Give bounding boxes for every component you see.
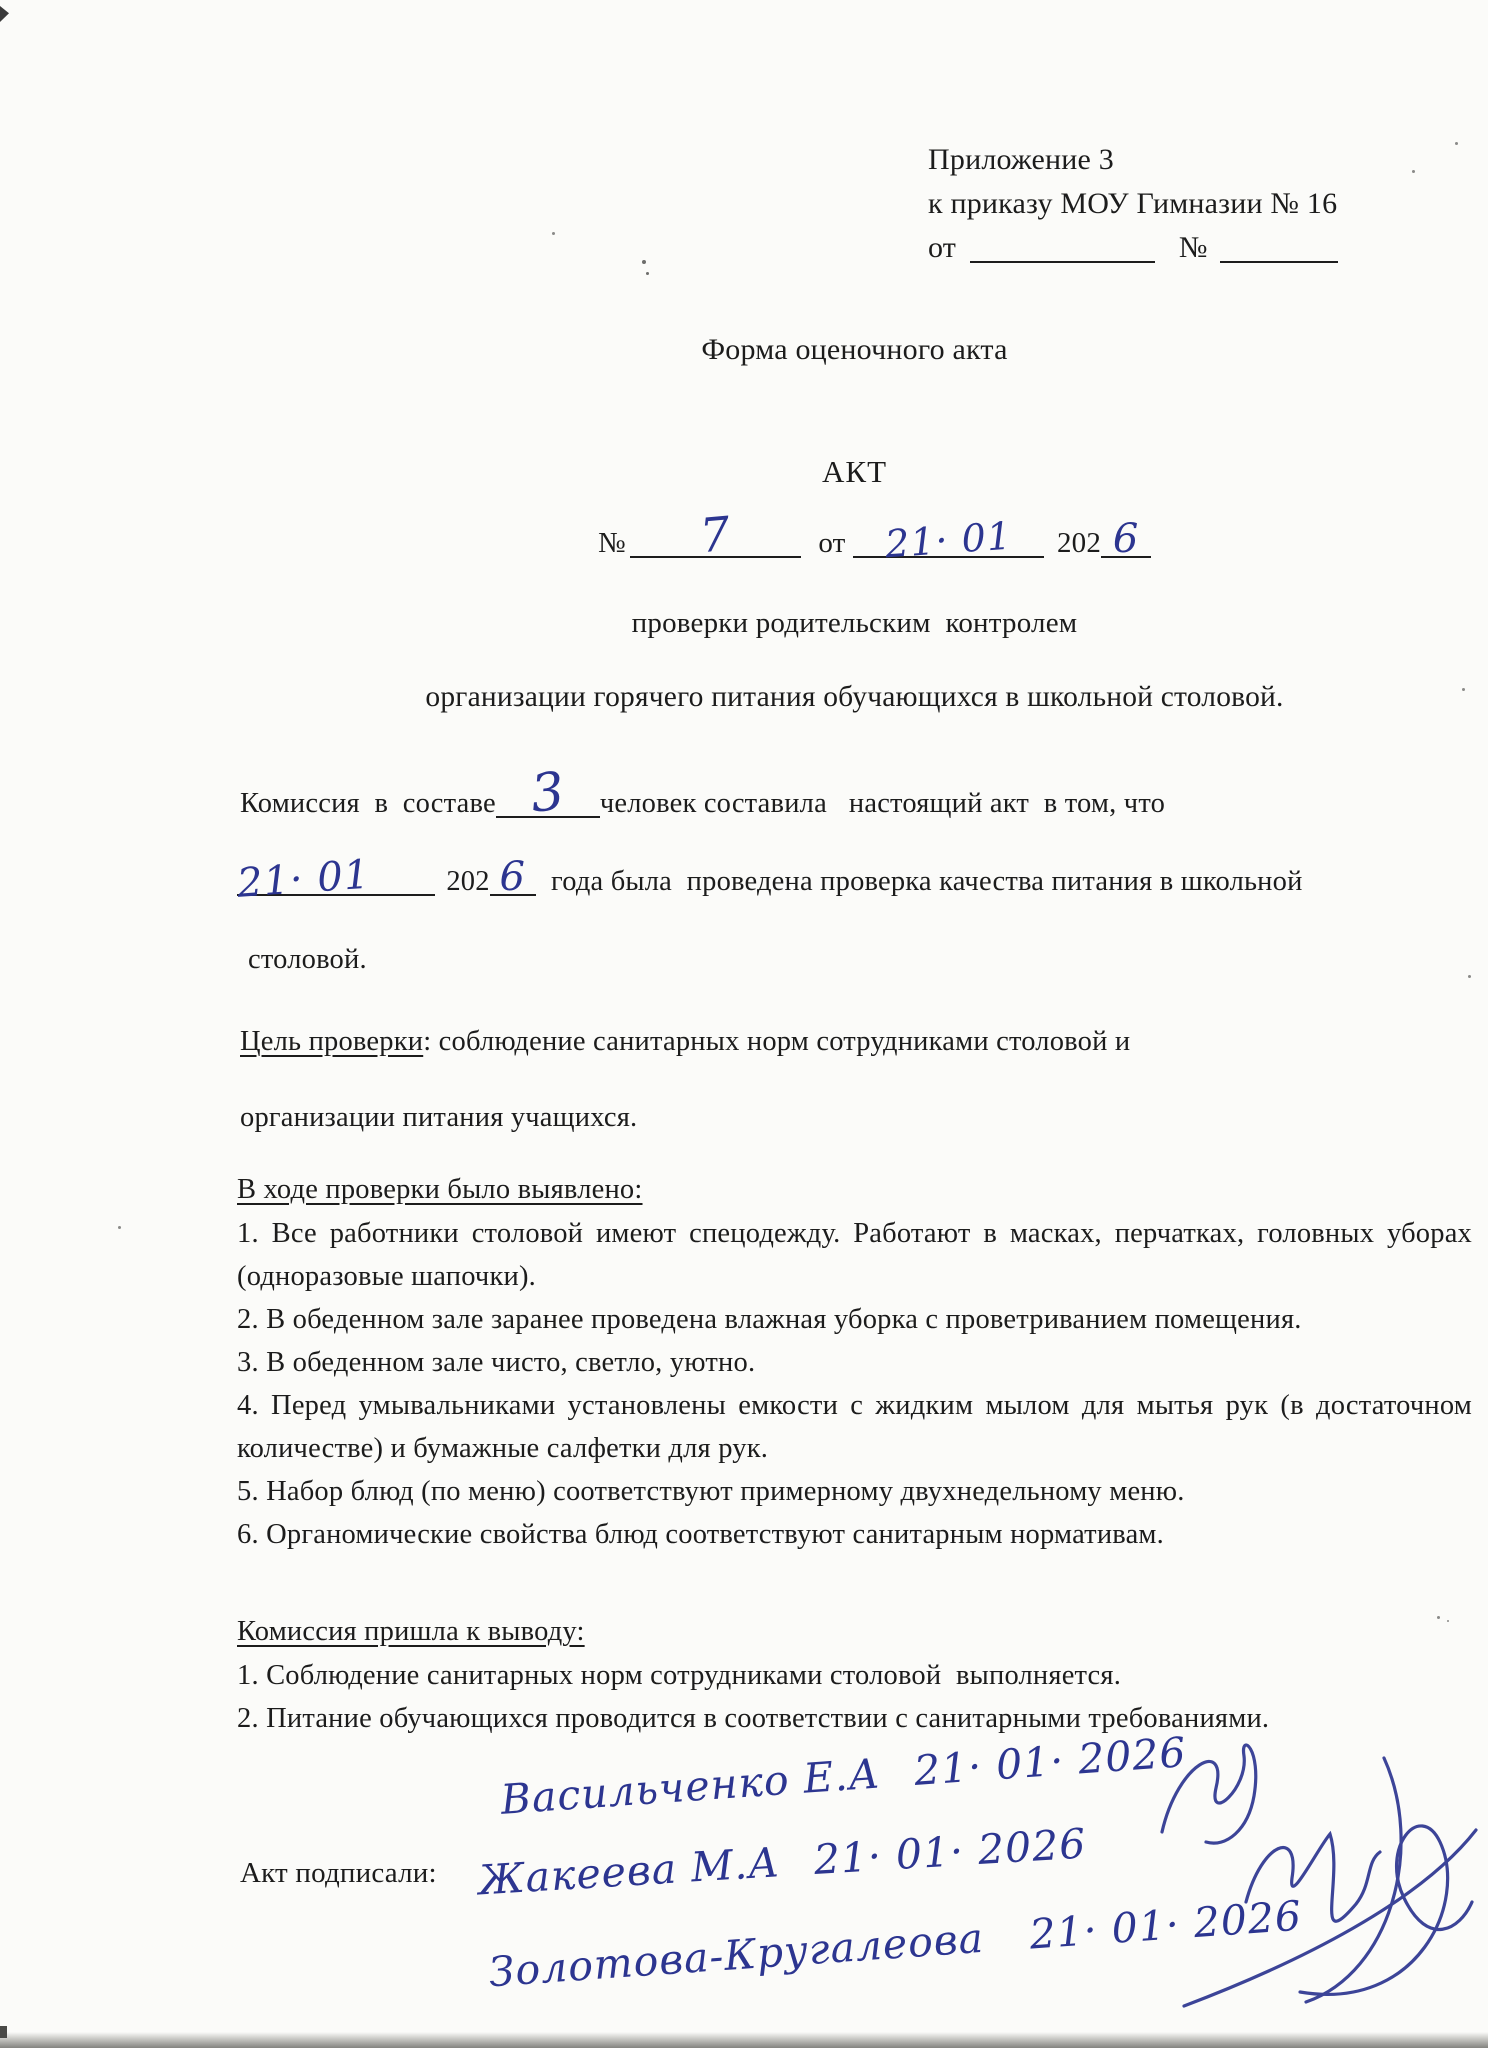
act-from-label: от xyxy=(818,527,845,559)
act-year-blank: 6 xyxy=(1101,526,1151,558)
scan-speck xyxy=(1447,1620,1449,1622)
scan-speck xyxy=(118,1226,121,1229)
scan-speck xyxy=(1468,975,1471,978)
scan-bottom-edge xyxy=(0,2032,1488,2048)
check-year-printed: 202 xyxy=(446,866,489,897)
signature-row: Золотова-Кругалеова21· 01· 2026 xyxy=(488,1896,1304,1994)
annex-line2: к приказу МОУ Гимназии № 16 xyxy=(928,182,1448,226)
annex-date-blank xyxy=(970,231,1155,263)
scan-artifact-corner xyxy=(0,6,9,22)
purpose-label: Цель проверки xyxy=(240,1026,423,1057)
scan-speck xyxy=(642,260,646,264)
annex-number-blank xyxy=(1220,231,1338,263)
commission-count-value: 3 xyxy=(493,762,602,825)
act-date-value: 21· 01 xyxy=(851,514,1044,565)
signature-name: Васильченко Е.А xyxy=(499,1749,882,1823)
scanned-document-page: Приложение 3 к приказу МОУ Гимназии № 16… xyxy=(0,0,1488,2048)
scan-artifact-bottom-left xyxy=(0,2026,7,2038)
annex-line1: Приложение 3 xyxy=(928,138,1448,182)
act-number-value: 7 xyxy=(628,505,802,567)
signatures-label: Акт подписали: xyxy=(240,1852,437,1895)
finding-item: 5. Набор блюд (по меню) соответствуют пр… xyxy=(237,1470,1472,1513)
annex-header: Приложение 3 к приказу МОУ Гимназии № 16… xyxy=(928,138,1448,270)
scan-speck xyxy=(1455,142,1458,145)
annex-line3: от № xyxy=(928,226,1448,270)
purpose-line: Цель проверки: соблюдение санитарных нор… xyxy=(240,1020,1130,1063)
finding-item: 3. В обеденном зале чисто, светло, уютно… xyxy=(237,1341,1472,1384)
finding-item: 6. Органомические свойства блюд соответс… xyxy=(237,1513,1472,1556)
check-date-blank: 21· 01 xyxy=(237,864,435,896)
check-year-blank: 6 xyxy=(490,864,536,896)
findings-list: 1. Все работники столовой имеют спецодеж… xyxy=(237,1212,1472,1556)
commission-text-before: Комиссия в составе xyxy=(240,788,496,819)
act-year-printed: 202 xyxy=(1057,527,1101,559)
conclusion-item: 1. Соблюдение санитарных норм сотрудника… xyxy=(237,1654,1472,1697)
scan-speck xyxy=(646,272,649,275)
annex-number-sign: № xyxy=(1179,231,1208,264)
finding-item: 2. В обеденном зале заранее проведена вл… xyxy=(237,1298,1472,1341)
scan-speck xyxy=(552,232,555,235)
conclusion-item: 2. Питание обучающихся проводится в соот… xyxy=(237,1697,1472,1740)
check-year-written: 6 xyxy=(490,857,536,897)
act-number-line: №7 от21· 01 2026 xyxy=(598,522,1151,565)
signature-date: 21· 01· 2026 xyxy=(812,1819,1087,1884)
signature-flourish-3 xyxy=(1300,1826,1472,1994)
conclusion-list: 1. Соблюдение санитарных норм сотрудника… xyxy=(237,1654,1472,1740)
act-number-sign: № xyxy=(598,527,626,559)
signature-row: Васильченко Е.А21· 01· 2026 xyxy=(499,1732,1187,1821)
purpose-text: : соблюдение санитарных норм сотрудникам… xyxy=(423,1026,1130,1057)
act-date-blank: 21· 01 xyxy=(853,526,1044,558)
findings-heading: В ходе проверки было выявлено: xyxy=(237,1168,643,1211)
signature-name: Жакеева М.А xyxy=(477,1838,781,1904)
annex-from-label: от xyxy=(928,231,956,264)
signature-flourish-2b xyxy=(1306,1758,1401,2002)
signature-name: Золотова-Кругалеова xyxy=(487,1914,985,1996)
check-date-line: 21· 01 2026 года была проведена проверка… xyxy=(237,860,1303,903)
scan-speck xyxy=(1437,1616,1440,1619)
commission-count-blank: 3 xyxy=(496,786,600,818)
conclusion-heading: Комиссия пришла к выводу: xyxy=(237,1610,585,1653)
purpose-line2: организации питания учащихся. xyxy=(240,1096,637,1139)
finding-item: 1. Все работники столовой имеют спецодеж… xyxy=(237,1212,1472,1298)
subtitle-line1: проверки родительским контролем xyxy=(237,602,1472,645)
signature-row: Жакеева М.А21· 01· 2026 xyxy=(477,1823,1087,1901)
check-date-continuation: столовой. xyxy=(248,938,367,981)
check-date-value: 21· 01 xyxy=(236,850,436,904)
act-title: АКТ xyxy=(237,450,1472,493)
signature-date: 21· 01· 2026 xyxy=(1028,1892,1304,1959)
commission-text-after: человек составила настоящий акт в том, ч… xyxy=(600,788,1165,819)
check-date-text: года была проведена проверка качества пи… xyxy=(551,866,1303,897)
finding-item: 4. Перед умывальниками установлены емкос… xyxy=(237,1384,1472,1470)
form-title: Форма оценочного акта xyxy=(237,328,1472,371)
subtitle-line2: организации горячего питания обучающихся… xyxy=(237,676,1472,719)
commission-line: Комиссия в составе3человек составила нас… xyxy=(240,782,1165,825)
act-number-blank: 7 xyxy=(630,526,801,558)
act-year-written: 6 xyxy=(1101,519,1151,559)
